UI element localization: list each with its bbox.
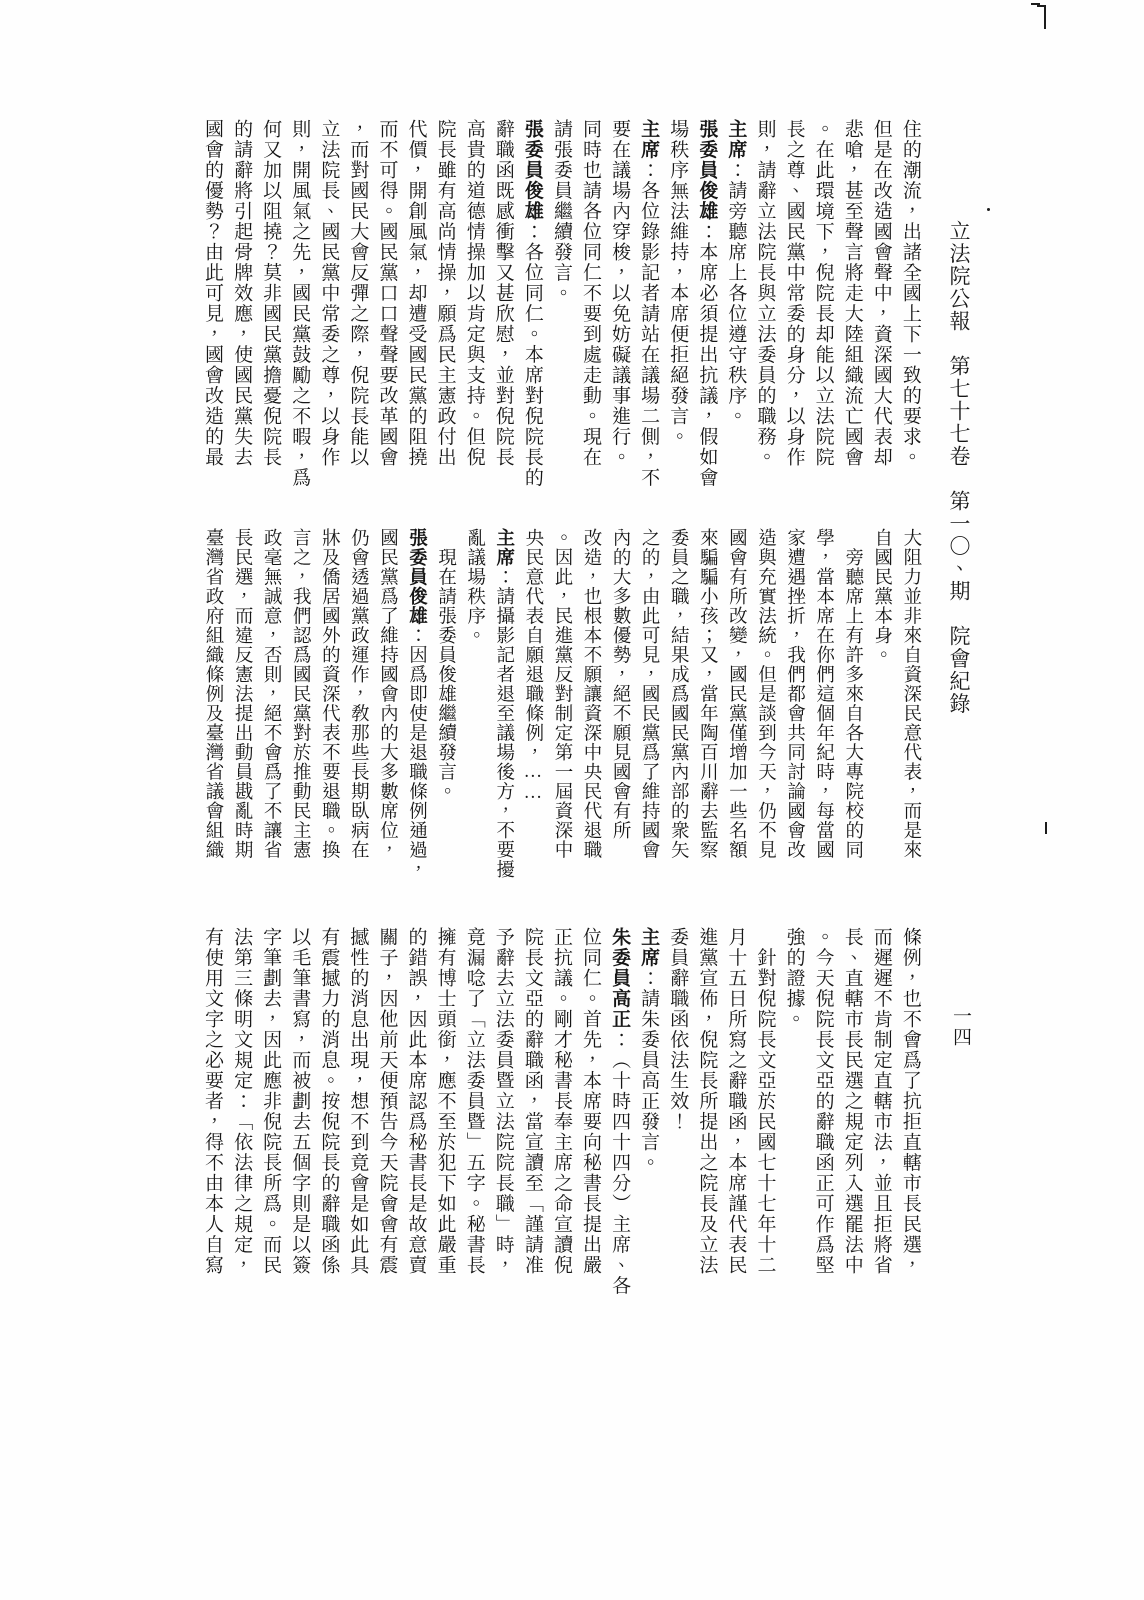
text-column: 改造，也根本不願讓資深中央民代退職: [576, 528, 605, 858]
page-number: 一四: [947, 1006, 974, 1048]
text-column: 委員辭職函依法生效！: [663, 927, 692, 1269]
text-column: 則，開風氣之先，國民黨鼓勵之不暇，爲: [285, 119, 314, 469]
text-column: 院長文亞的辭職函，當宣讀至「謹請准: [518, 927, 547, 1269]
text-column: 同時也請各位同仁不要到處走動。現在: [576, 119, 605, 469]
text-column: 長民選，而違反憲法提出動員戡亂時期: [227, 528, 256, 858]
speaker-name: 張委員俊雄: [407, 528, 427, 626]
speaker-name: 主席: [638, 927, 659, 968]
text-column: 條例，也不會爲了抗拒直轄市長民選，: [896, 927, 925, 1269]
text-column: 字筆劃去，因此應非倪院長所爲。而民: [256, 927, 285, 1269]
text-column: 辭職函既感衝擊又甚欣慰，並對倪院長: [489, 119, 518, 469]
text-column: 亂議場秩序。: [460, 528, 489, 858]
text-column: 針對倪院長文亞於民國七十七年十二: [750, 927, 779, 1269]
text-column: 有使用文字之必要者，得不由本人自寫: [198, 927, 227, 1269]
text-column: 竟漏唸了「立法委員暨」五字。秘書長: [460, 927, 489, 1269]
text-column: 朱委員高正：（十時四十四分）主席、各: [605, 927, 634, 1269]
text-column: 院長雖有高尚情操，願爲民主憲政付出: [431, 119, 460, 469]
text-column: 擁有博士頭銜，應不至於犯下如此嚴重: [431, 927, 460, 1269]
text-column: 正抗議。剛才秘書長奉主席之命宣讀倪: [547, 927, 576, 1269]
journal-header: 立法院公報 第七十七卷 第一〇、期 院會紀錄: [944, 220, 974, 715]
text-column: 造與充實法統。但是談到今天，仍不見: [750, 528, 779, 858]
text-column: 而不可得。國民黨口口聲聲要改革國會: [372, 119, 401, 469]
text-column: 立法院長、國民黨中常委之尊，以身作: [314, 119, 343, 469]
scan-artifact: [1044, 5, 1046, 29]
text-column: 。今天倪院長文亞的辭職函正可作爲堅: [809, 927, 838, 1269]
text-column: 家遭遇挫折，我們都會共同討論國會改: [780, 528, 809, 858]
text-column: 撼性的消息出現，想不到竟會是如此具: [343, 927, 372, 1269]
text-column: 張委員俊雄：各位同仁。本席對倪院長的: [518, 119, 547, 469]
text-column: 何又加以阻撓？莫非國民黨擔憂倪院長: [256, 119, 285, 469]
text-column: 則，請辭立法院長與立法委員的職務。: [750, 119, 779, 469]
text-column: 位同仁。首先，本席要向秘書長提出嚴: [576, 927, 605, 1269]
text-column: 而遲遲不肯制定直轄市法，並且拒將省: [867, 927, 896, 1269]
text-column: 月十五日所寫之辭職函，本席謹代表民: [721, 927, 750, 1269]
text-column: 長、直轄市長民選之規定列入選罷法中: [838, 927, 867, 1269]
text-column: 關子，因他前天便預告今天院會會有震: [372, 927, 401, 1269]
text-column: 強的證據。: [780, 927, 809, 1269]
text-column: 。在此環境下，倪院長却能以立法院院: [809, 119, 838, 469]
text-column: 悲嗆，甚至聲言將走大陸組織流亡國會: [838, 119, 867, 469]
text-column: 主席：各位錄影記者請站在議場二側，不: [634, 119, 663, 469]
text-column: 仍會透過黨政運作，敎那些長期臥病在: [343, 528, 372, 858]
scan-artifact: [1037, 5, 1044, 7]
text-column: 長之尊、國民黨中常委的身分，以身作: [780, 119, 809, 469]
text-column: 央民意代表自願退職條例，……: [518, 528, 547, 858]
speaker-name: 張委員俊雄: [696, 119, 717, 222]
text-column: 牀及僑居國外的資深代表不要退職。換: [314, 528, 343, 858]
text-band-top: 住的潮流，出諸全國上下一致的要求。但是在改造國會聲中，資深國大代表却悲嗆，甚至聲…: [198, 119, 925, 469]
text-band-bottom: 條例，也不會爲了抗拒直轄市長民選，而遲遲不肯制定直轄市法，並且拒將省長、直轄市長…: [198, 927, 925, 1269]
text-column: 但是在改造國會聲中，資深國大代表却: [867, 119, 896, 469]
speaker-name: 主席: [638, 119, 659, 160]
text-column: 的請辭將引起骨牌效應，使國民黨失去: [227, 119, 256, 469]
speaker-name: 朱委員高正: [609, 927, 630, 1030]
text-column: 旁聽席上有許多來自各大專院校的同: [838, 528, 867, 858]
text-column: 來騙騙小孩；又，當年陶百川辭去監察: [692, 528, 721, 858]
text-column: 自國民黨本身。: [867, 528, 896, 858]
text-column: 張委員俊雄：本席必須提出抗議，假如會: [692, 119, 721, 469]
text-column: 臺灣省政府組織條例及臺灣省議會組織: [198, 528, 227, 858]
text-column: 國會有所改變，國民黨僅增加一些名額: [721, 528, 750, 858]
text-column: 之的，由此可見，國民黨爲了維持國會: [634, 528, 663, 858]
speaker-name: 主席: [494, 528, 514, 567]
text-column: 主席：請攝影記者退至議場後方，不要擾: [489, 528, 518, 858]
page: 立法院公報 第七十七卷 第一〇、期 院會紀錄 一四 住的潮流，出諸全國上下一致的…: [0, 0, 1144, 1600]
text-column: 。因此，民進黨反對制定第一屆資深中: [547, 528, 576, 858]
text-column: 住的潮流，出諸全國上下一致的要求。: [896, 119, 925, 469]
text-column: 內的大多數優勢，絕不願見國會有所: [605, 528, 634, 858]
text-column: 政毫無誠意，否則，絕不會爲了不讓省: [256, 528, 285, 858]
scan-artifact: [1045, 822, 1047, 834]
text-column: 主席：請朱委員高正發言。: [634, 927, 663, 1269]
text-column: 法第三條明文規定：「依法律之規定，: [227, 927, 256, 1269]
text-band-middle: 大阻力並非來自資深民意代表，而是來自國民黨本身。 旁聽席上有許多來自各大專院校的…: [198, 528, 925, 858]
text-column: 以毛筆書寫，而被劃去五個字則是以簽: [285, 927, 314, 1269]
text-column: 進黨宣佈，倪院長所提出之院長及立法: [692, 927, 721, 1269]
text-column: 場秩序無法維持，本席便拒絕發言。: [663, 119, 692, 469]
text-column: 主席：請旁聽席上各位遵守秩序。: [721, 119, 750, 469]
text-column: 代價，開創風氣，却遭受國民黨的阻撓: [402, 119, 431, 469]
text-column: 請張委員繼續發言。: [547, 119, 576, 469]
text-column: 委員之職，結果成爲國民黨內部的衆矢: [663, 528, 692, 858]
text-column: 學，當本席在你們這個年紀時，每當國: [809, 528, 838, 858]
text-column: ，而對國民大會反彈之際，倪院長能以: [343, 119, 372, 469]
speaker-name: 主席: [725, 119, 746, 160]
speaker-name: 張委員俊雄: [522, 119, 543, 222]
text-column: 予辭去立法委員暨立法院院長職」時，: [489, 927, 518, 1269]
text-column: 大阻力並非來自資深民意代表，而是來: [896, 528, 925, 858]
text-column: 高貴的道德情操加以肯定與支持。但倪: [460, 119, 489, 469]
text-column: 國民黨爲了維持國會內的大多數席位，: [372, 528, 401, 858]
text-column: 現在請張委員俊雄繼續發言。: [431, 528, 460, 858]
text-column: 言之，我們認爲國民黨對於推動民主憲: [285, 528, 314, 858]
text-column: 張委員俊雄：因爲即使是退職條例通過，: [402, 528, 431, 858]
scan-artifact: [987, 208, 990, 211]
text-column: 國會的優勢？由此可見，國會改造的最: [198, 119, 227, 469]
text-column: 要在議場內穿梭，以免妨礙議事進行。: [605, 119, 634, 469]
text-column: 有震撼力的消息。按倪院長的辭職函係: [314, 927, 343, 1269]
text-column: 的錯誤，因此本席認爲秘書長是故意賣: [402, 927, 431, 1269]
